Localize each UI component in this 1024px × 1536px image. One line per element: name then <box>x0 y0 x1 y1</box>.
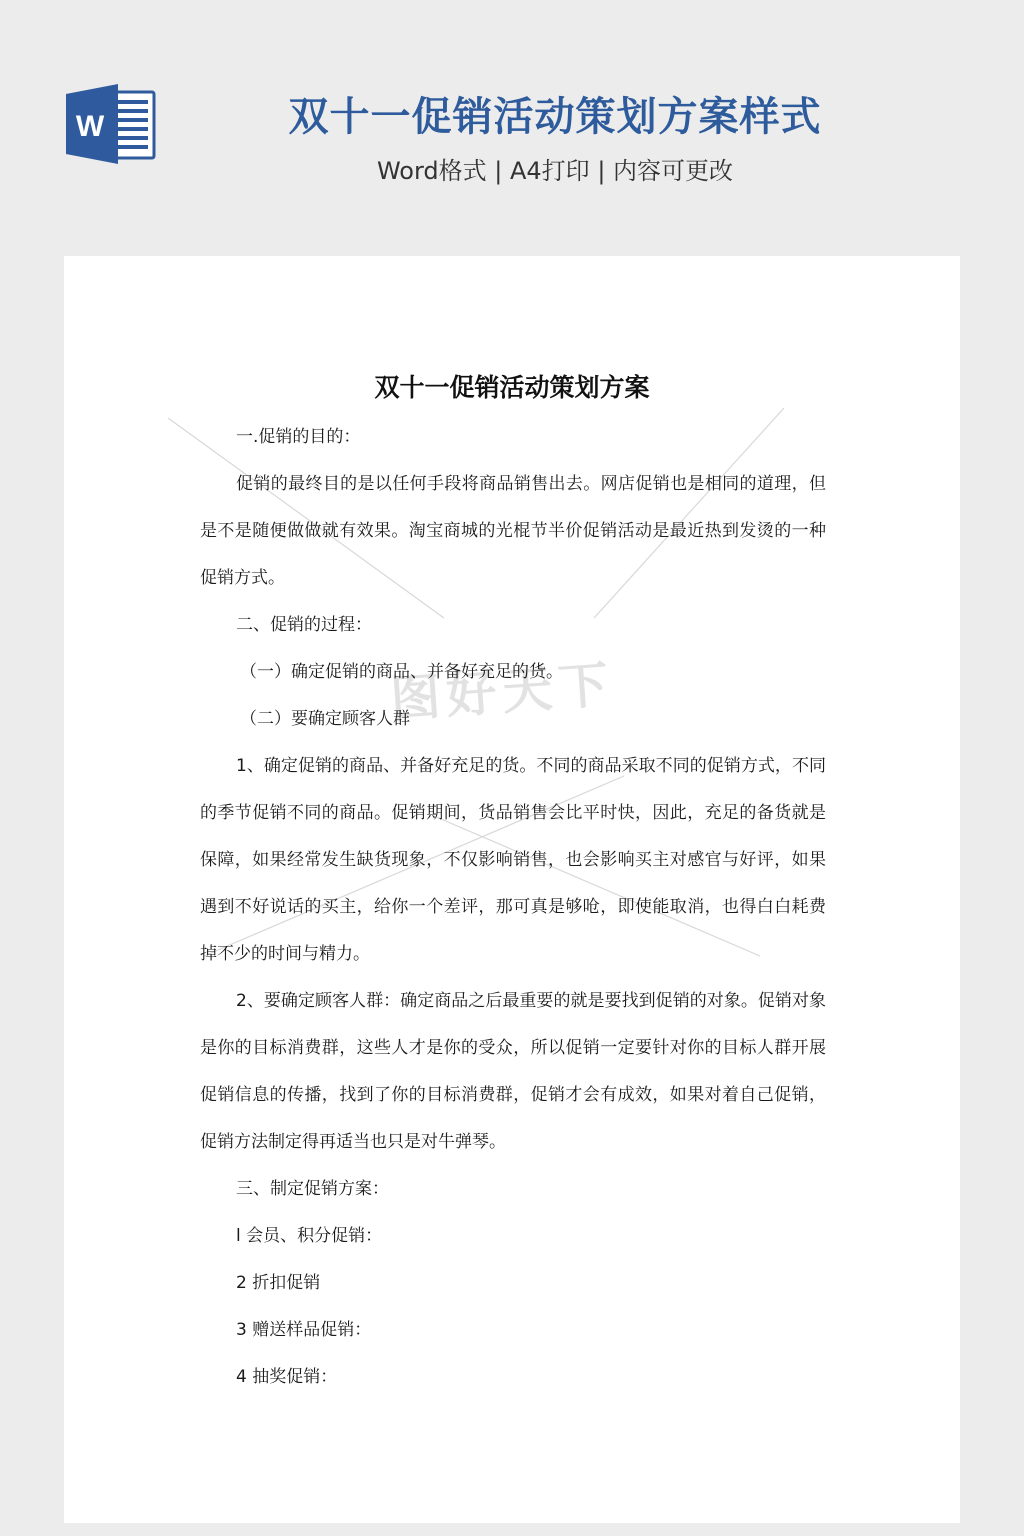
document-title: 双十一促销活动策划方案 <box>64 370 960 406</box>
section-3-heading: 三、制定促销方案： <box>200 1166 826 1213</box>
document-page: 图好天下 双十一促销活动策划方案 一.促销的目的： 促销的最终目的是以任何手段将… <box>64 256 960 1523</box>
banner-subtitle: Word格式 | A4打印 | 内容可更改 <box>270 154 840 188</box>
document-body: 一.促销的目的： 促销的最终目的是以任何手段将商品销售出去。网店促销也是相同的道… <box>200 414 826 1401</box>
word-document-icon: W <box>64 82 156 164</box>
section-2-point-2: 2、要确定顾客人群：确定商品之后最重要的就是要找到促销的对象。促销对象是你的目标… <box>200 978 826 1166</box>
section-3-item-3: 3 赠送样品促销： <box>200 1307 826 1354</box>
section-3-item-1: l 会员、积分促销： <box>200 1213 826 1260</box>
section-3-item-2: 2 折扣促销 <box>200 1260 826 1307</box>
section-1-heading: 一.促销的目的： <box>200 414 826 461</box>
section-2-heading: 二、促销的过程： <box>200 602 826 649</box>
section-2-item-1: （一）确定促销的商品、并备好充足的货。 <box>200 649 826 696</box>
section-2-point-1: 1、确定促销的商品、并备好充足的货。不同的商品采取不同的促销方式，不同的季节促销… <box>200 743 826 978</box>
svg-text:W: W <box>76 110 105 143</box>
section-2-item-2: （二）要确定顾客人群 <box>200 696 826 743</box>
section-3-item-4: 4 抽奖促销： <box>200 1354 826 1401</box>
section-1-body: 促销的最终目的是以任何手段将商品销售出去。网店促销也是相同的道理，但是不是随便做… <box>200 461 826 602</box>
banner-title: 双十一促销活动策划方案样式 <box>270 92 840 142</box>
